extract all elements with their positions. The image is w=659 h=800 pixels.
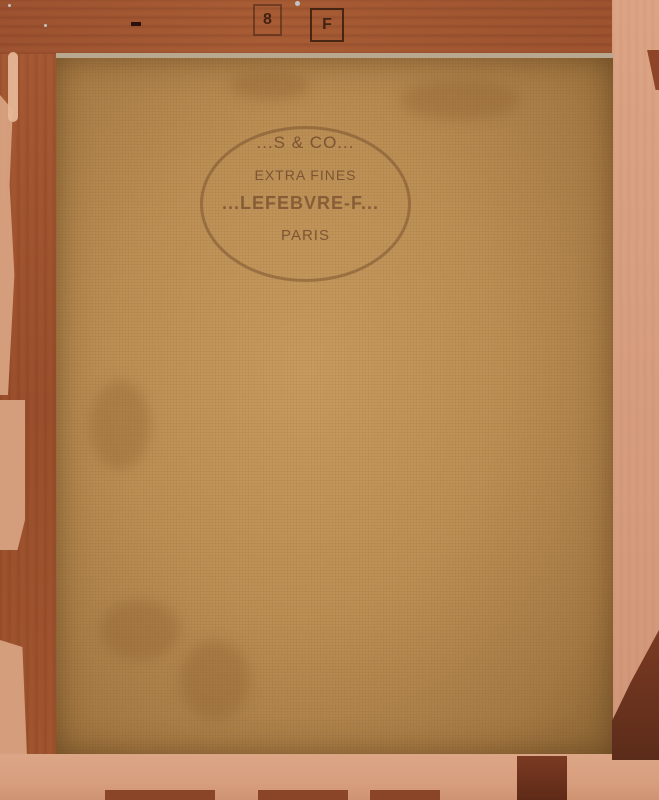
stamp-line-2: EXTRA FINES — [203, 167, 408, 183]
canvas-stain — [100, 600, 180, 660]
canvas-stain — [180, 640, 250, 720]
stamp-line-3: ...LEFEBVRE-F... — [183, 193, 418, 214]
nail-head — [295, 1, 300, 6]
canvas-supplier-stamp: ...S & CO... EXTRA FINES ...LEFEBVRE-F..… — [200, 126, 411, 282]
stamp-line-4: PARIS — [203, 227, 408, 244]
paper-tape-residue — [8, 52, 18, 122]
stretcher-mark-f: F — [310, 8, 344, 42]
canvas-stain — [230, 70, 310, 100]
canvas-back-photo: 8 F ...S & CO... EXTRA FINES ...LEFEBVRE… — [0, 0, 659, 800]
nail-head — [44, 24, 47, 27]
canvas-stain — [400, 80, 520, 120]
canvas-stain — [90, 380, 150, 470]
paper-tape-residue — [0, 400, 25, 550]
stretcher-mark-8: 8 — [253, 4, 282, 36]
exposed-wood-bottom-right — [517, 756, 567, 800]
stretcher-slot — [131, 22, 141, 26]
exposed-wood-bottom — [370, 790, 440, 800]
stamp-line-1: ...S & CO... — [203, 133, 408, 153]
exposed-wood-bottom — [105, 790, 215, 800]
exposed-wood-bottom — [258, 790, 348, 800]
nail-head — [8, 4, 11, 7]
